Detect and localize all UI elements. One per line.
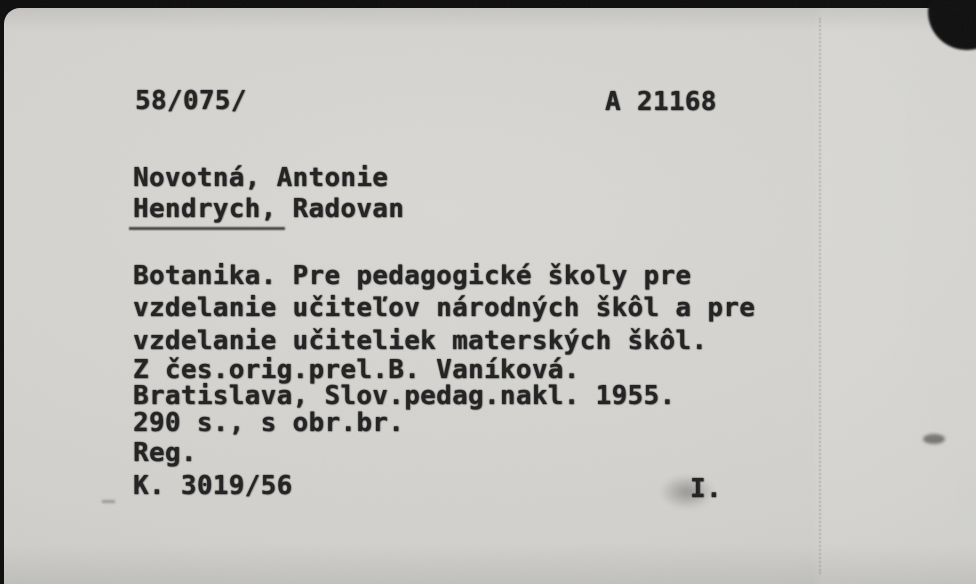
body-line-title: Botanika. Pre pedagogické školy pre [133, 263, 691, 289]
author-underline [129, 227, 285, 230]
bottom-roman-numeral: I. [690, 476, 722, 502]
shelf-code: 58/075/ [135, 88, 247, 114]
small-ink-mark [923, 434, 945, 444]
body-line: vzdelanie učiteliek materských škôl. [133, 328, 707, 354]
body-line-collation: 290 s., s obr.br. [133, 410, 404, 436]
body-line: vzdelanie učiteľov národných škôl a pre [133, 295, 755, 321]
author-line-1: Novotná, Antonie [133, 165, 388, 191]
fold-crease-line [819, 18, 821, 574]
registry-note: Reg. [133, 440, 197, 466]
body-line-translation: Z čes.orig.prel.B. Vaníková. [133, 357, 580, 383]
scanned-catalog-card-image: 58/075/ A 21168 Novotná, Antonie Hendryc… [0, 0, 976, 584]
body-line-imprint: Bratislava, Slov.pedag.nakl. 1955. [133, 383, 675, 409]
record-number: K. 3019/56 [133, 473, 293, 499]
card-corner-shadow [928, 0, 976, 50]
author-line-2: Hendrych, Radovan [133, 196, 404, 222]
faint-dash-mark [102, 500, 115, 503]
accession-number: A 21168 [605, 89, 717, 115]
